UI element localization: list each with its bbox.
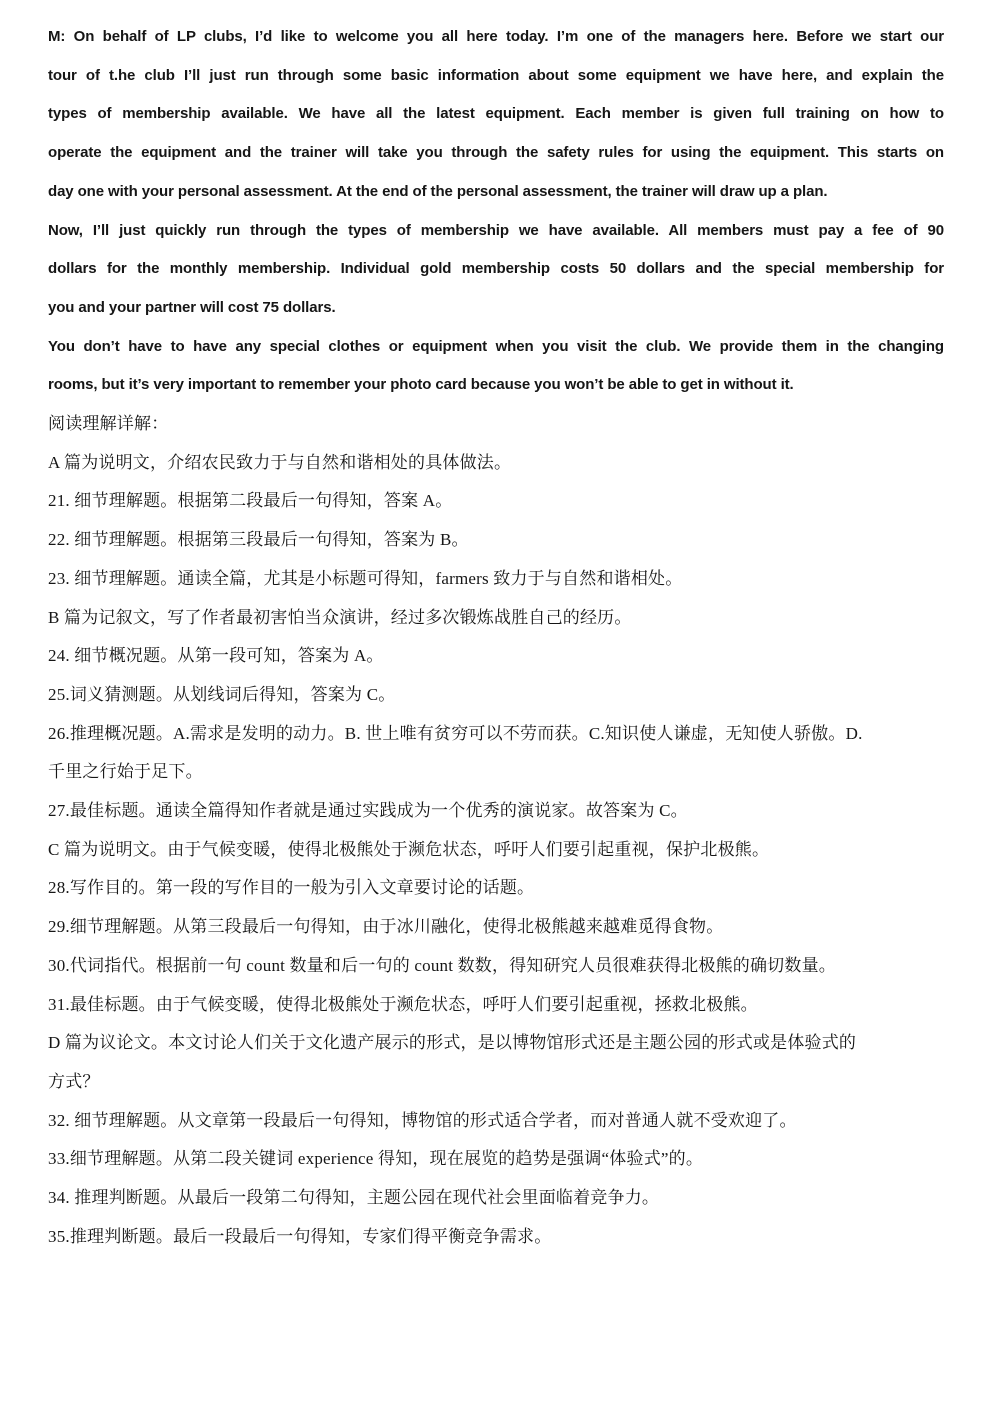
passage-a-summary: A 篇为说明文，介绍农民致力于与自然和谐相处的具体做法。 (48, 444, 944, 483)
section-heading: 阅读理解详解： (48, 405, 944, 444)
text-line: 27.最佳标题。通读全篇得知作者就是通过实践成为一个优秀的演说家。故答案为 C。 (48, 792, 944, 831)
transcript-para-1: M: On behalf of LP clubs, I’d like to we… (48, 18, 944, 212)
passage-b-summary: B 篇为记叙文，写了作者最初害怕当众演讲，经过多次锻炼战胜自己的经历。 (48, 599, 944, 638)
note-q29: 29.细节理解题。从第三段最后一句得知，由于冰川融化，使得北极熊越来越难觅得食物… (48, 908, 944, 947)
text-line: tour of t.he club I’ll just run through … (48, 57, 944, 96)
note-q24: 24. 细节概况题。从第一段可知，答案为 A。 (48, 637, 944, 676)
passage-d-summary: D 篇为议论文。本文讨论人们关于文化遗产展示的形式，是以博物馆形式还是主题公园的… (48, 1024, 944, 1101)
text-line: 22. 细节理解题。根据第三段最后一句得知，答案为 B。 (48, 521, 944, 560)
text-line: types of membership available. We have a… (48, 95, 944, 134)
text-line: dollars for the monthly membership. Indi… (48, 250, 944, 289)
text-line: C 篇为说明文。由于气候变暖，使得北极熊处于濒危状态，呼吁人们要引起重视，保护北… (48, 831, 944, 870)
note-q22: 22. 细节理解题。根据第三段最后一句得知，答案为 B。 (48, 521, 944, 560)
text-line: 33.细节理解题。从第二段关键词 experience 得知，现在展览的趋势是强… (48, 1140, 944, 1179)
note-q31: 31.最佳标题。由于气候变暖，使得北极熊处于濒危状态，呼吁人们要引起重视，拯救北… (48, 986, 944, 1025)
text-line: 23. 细节理解题。通读全篇，尤其是小标题可得知，farmers 致力于与自然和… (48, 560, 944, 599)
text-line: 千里之行始于足下。 (48, 753, 944, 792)
note-q25: 25.词义猜测题。从划线词后得知，答案为 C。 (48, 676, 944, 715)
text-line: 28.写作目的。第一段的写作目的一般为引入文章要讨论的话题。 (48, 869, 944, 908)
transcript-para-2: Now, I’ll just quickly run through the t… (48, 212, 944, 328)
text-line: A 篇为说明文，介绍农民致力于与自然和谐相处的具体做法。 (48, 444, 944, 483)
note-q26: 26.推理概况题。A.需求是发明的动力。B. 世上唯有贫穷可以不劳而获。C.知识… (48, 715, 944, 792)
text-line: 32. 细节理解题。从文章第一段最后一句得知，博物馆的形式适合学者，而对普通人就… (48, 1102, 944, 1141)
text-line: Now, I’ll just quickly run through the t… (48, 212, 944, 251)
transcript-para-3: You don’t have to have any special cloth… (48, 328, 944, 405)
text-line: D 篇为议论文。本文讨论人们关于文化遗产展示的形式，是以博物馆形式还是主题公园的… (48, 1024, 944, 1063)
text-line: operate the equipment and the trainer wi… (48, 134, 944, 173)
text-line: 25.词义猜测题。从划线词后得知，答案为 C。 (48, 676, 944, 715)
text-line: 21. 细节理解题。根据第二段最后一句得知，答案 A。 (48, 482, 944, 521)
note-q27: 27.最佳标题。通读全篇得知作者就是通过实践成为一个优秀的演说家。故答案为 C。 (48, 792, 944, 831)
note-q32: 32. 细节理解题。从文章第一段最后一句得知，博物馆的形式适合学者，而对普通人就… (48, 1102, 944, 1141)
note-q28: 28.写作目的。第一段的写作目的一般为引入文章要讨论的话题。 (48, 869, 944, 908)
note-q35: 35.推理判断题。最后一段最后一句得知，专家们得平衡竞争需求。 (48, 1218, 944, 1257)
note-q34: 34. 推理判断题。从最后一段第二句得知，主题公园在现代社会里面临着竞争力。 (48, 1179, 944, 1218)
text-line: 30.代词指代。根据前一句 count 数量和后一句的 count 数数，得知研… (48, 947, 944, 986)
document-page: M: On behalf of LP clubs, I’d like to we… (0, 0, 992, 1403)
text-line: 35.推理判断题。最后一段最后一句得知，专家们得平衡竞争需求。 (48, 1218, 944, 1257)
note-q33: 33.细节理解题。从第二段关键词 experience 得知，现在展览的趋势是强… (48, 1140, 944, 1179)
text-line: rooms, but it’s very important to rememb… (48, 366, 944, 405)
text-line: 26.推理概况题。A.需求是发明的动力。B. 世上唯有贫穷可以不劳而获。C.知识… (48, 715, 944, 754)
text-line: 31.最佳标题。由于气候变暖，使得北极熊处于濒危状态，呼吁人们要引起重视，拯救北… (48, 986, 944, 1025)
note-q21: 21. 细节理解题。根据第二段最后一句得知，答案 A。 (48, 482, 944, 521)
text-line: M: On behalf of LP clubs, I’d like to we… (48, 18, 944, 57)
text-line: You don’t have to have any special cloth… (48, 328, 944, 367)
text-line: day one with your personal assessment. A… (48, 173, 944, 212)
passage-c-summary: C 篇为说明文。由于气候变暖，使得北极熊处于濒危状态，呼吁人们要引起重视，保护北… (48, 831, 944, 870)
note-q23: 23. 细节理解题。通读全篇，尤其是小标题可得知，farmers 致力于与自然和… (48, 560, 944, 599)
text-line: 24. 细节概况题。从第一段可知，答案为 A。 (48, 637, 944, 676)
reading-notes-heading: 阅读理解详解： (48, 405, 944, 444)
text-line: 29.细节理解题。从第三段最后一句得知，由于冰川融化，使得北极熊越来越难觅得食物… (48, 908, 944, 947)
text-line: 34. 推理判断题。从最后一段第二句得知，主题公园在现代社会里面临着竞争力。 (48, 1179, 944, 1218)
text-line: 方式？ (48, 1063, 944, 1102)
note-q30: 30.代词指代。根据前一句 count 数量和后一句的 count 数数，得知研… (48, 947, 944, 986)
text-line: B 篇为记叙文，写了作者最初害怕当众演讲，经过多次锻炼战胜自己的经历。 (48, 599, 944, 638)
text-line: you and your partner will cost 75 dollar… (48, 289, 944, 328)
